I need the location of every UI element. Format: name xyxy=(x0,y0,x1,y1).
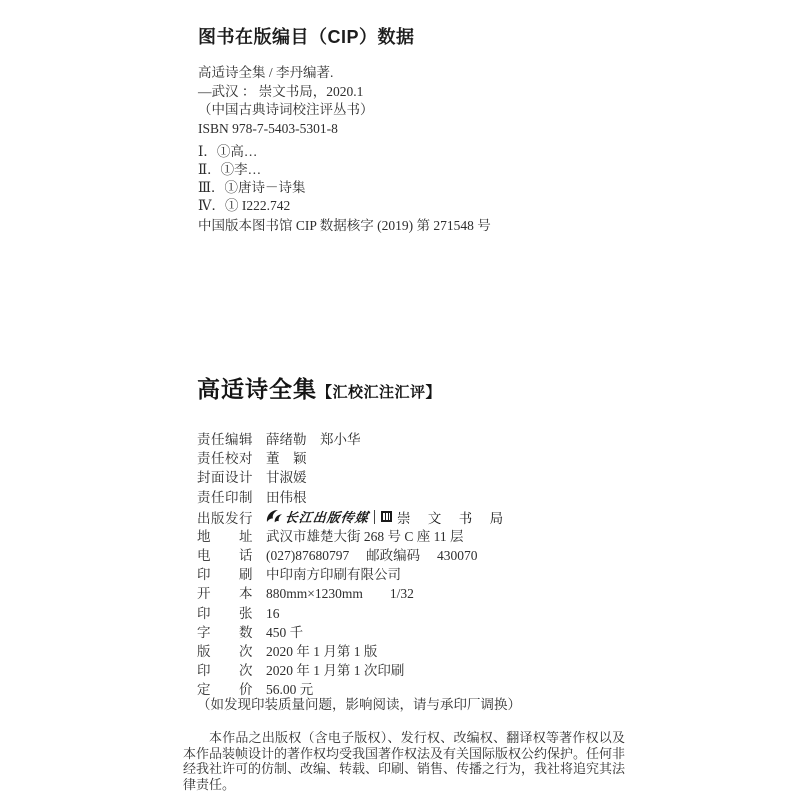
row-label: 出版发行 xyxy=(197,507,255,527)
detail-row: 字 数 450 千 xyxy=(197,623,510,642)
colophon: 高适诗全集【汇校汇注汇评】 责任编辑 薛绪勒 郑小华 责任校对 董 颖 封面设计… xyxy=(197,376,510,699)
row-value: 2020 年 1 月第 1 次印刷 xyxy=(266,661,404,680)
row-label: 印 刷 xyxy=(197,565,255,584)
row-label: 责任编辑 xyxy=(197,430,255,449)
row-label: 开 本 xyxy=(197,584,255,603)
staff-list: 责任编辑 薛绪勒 郑小华 责任校对 董 颖 封面设计 甘淑媛 责任印制 田伟根 xyxy=(197,430,510,507)
cip-record-number: 中国版本图书馆 CIP 数据核字 (2019) 第 271548 号 xyxy=(198,217,491,235)
staff-row: 封面设计 甘淑媛 xyxy=(197,468,510,487)
publication-details: 地 址 武汉市雄楚大街 268 号 C 座 11 层 电 话 (027)8768… xyxy=(197,527,510,700)
row-label: 封面设计 xyxy=(197,468,255,487)
cip-line-isbn: ISBN 978-7-5403-5301-8 xyxy=(198,120,491,139)
publisher-seal-icon xyxy=(381,511,392,522)
cip-line-imprint: —武汉 ： 崇文书局，2020.1 xyxy=(198,83,491,102)
staff-row: 责任编辑 薛绪勒 郑小华 xyxy=(197,430,510,449)
detail-row: 印 次 2020 年 1 月第 1 次印刷 xyxy=(197,661,510,680)
cip-line-title-author: 高适诗全集 / 李丹编著. xyxy=(198,64,491,83)
row-value: 450 千 xyxy=(266,623,303,642)
copyright-page: 图书在版编目（CIP）数据 高适诗全集 / 李丹编著. —武汉 ： 崇文书局，2… xyxy=(0,0,800,800)
row-label: 责任校对 xyxy=(197,449,255,468)
cip-class-line: Ⅰ．①高… xyxy=(198,143,491,161)
cip-class-line: Ⅳ．① I222.742 xyxy=(198,197,491,215)
row-label: 责任印制 xyxy=(197,488,255,507)
detail-row: 地 址 武汉市雄楚大街 268 号 C 座 11 层 xyxy=(197,527,510,546)
brand-name-text: 崇 文 书 局 xyxy=(397,507,510,527)
quality-notice: （如发现印装质量问题，影响阅读，请与承印厂调换） xyxy=(197,696,521,713)
detail-row: 印 张 16 xyxy=(197,604,510,623)
book-subtitle: 【汇校汇注汇评】 xyxy=(317,385,441,401)
row-value: 880mm×1230mm 1/32 xyxy=(266,584,414,603)
row-value: 田伟根 xyxy=(266,488,307,507)
staff-row: 责任校对 董 颖 xyxy=(197,449,510,468)
cip-block: 图书在版编目（CIP）数据 高适诗全集 / 李丹编著. —武汉 ： 崇文书局，2… xyxy=(198,26,491,235)
row-label: 印 次 xyxy=(197,661,255,680)
brand-divider xyxy=(374,510,375,524)
row-value: 武汉市雄楚大街 268 号 C 座 11 层 xyxy=(266,527,464,546)
row-label: 地 址 xyxy=(197,527,255,546)
detail-row: 开 本 880mm×1230mm 1/32 xyxy=(197,584,510,603)
row-value: 甘淑媛 xyxy=(266,468,307,487)
row-value: 董 颖 xyxy=(266,449,307,468)
detail-row: 电 话 (027)87680797 邮政编码 430070 xyxy=(197,546,510,565)
publisher-row: 出版发行 长江出版传媒 崇 文 书 局 xyxy=(197,507,510,527)
brand-script-text: 长江出版传媒 xyxy=(284,507,370,526)
cip-classification: Ⅰ．①高… Ⅱ．①李… Ⅲ．①唐诗－诗集 Ⅳ．① I222.742 xyxy=(198,143,491,215)
row-value: 中印南方印刷有限公司 xyxy=(266,565,401,584)
row-value: 16 xyxy=(266,604,280,623)
row-label: 版 次 xyxy=(197,642,255,661)
cip-line-series: （中国古典诗词校注评丛书） xyxy=(198,101,491,120)
row-label: 印 张 xyxy=(197,604,255,623)
row-label: 字 数 xyxy=(197,623,255,642)
publisher-brand: 长江出版传媒 崇 文 书 局 xyxy=(266,507,510,527)
row-value: 2020 年 1 月第 1 版 xyxy=(266,642,377,661)
cip-class-line: Ⅲ．①唐诗－诗集 xyxy=(198,179,491,197)
staff-row: 责任印制 田伟根 xyxy=(197,488,510,507)
detail-row: 版 次 2020 年 1 月第 1 版 xyxy=(197,642,510,661)
detail-row: 印 刷 中印南方印刷有限公司 xyxy=(197,565,510,584)
cip-class-line: Ⅱ．①李… xyxy=(198,161,491,179)
book-title: 高适诗全集 xyxy=(197,376,317,402)
cip-description: 高适诗全集 / 李丹编著. —武汉 ： 崇文书局，2020.1 （中国古典诗词校… xyxy=(198,64,491,138)
cip-title: 图书在版编目（CIP）数据 xyxy=(198,26,491,48)
row-label: 电 话 xyxy=(197,546,255,565)
changjiang-waves-logo-icon xyxy=(266,509,283,525)
copyright-paragraph: 本作品之出版权（含电子版权）、发行权、改编权、翻译权等著作权以及本作品装帧设计的… xyxy=(183,730,625,792)
row-value: 薛绪勒 郑小华 xyxy=(266,430,361,449)
book-title-line: 高适诗全集【汇校汇注汇评】 xyxy=(197,376,510,406)
row-value: (027)87680797 邮政编码 430070 xyxy=(266,546,478,565)
